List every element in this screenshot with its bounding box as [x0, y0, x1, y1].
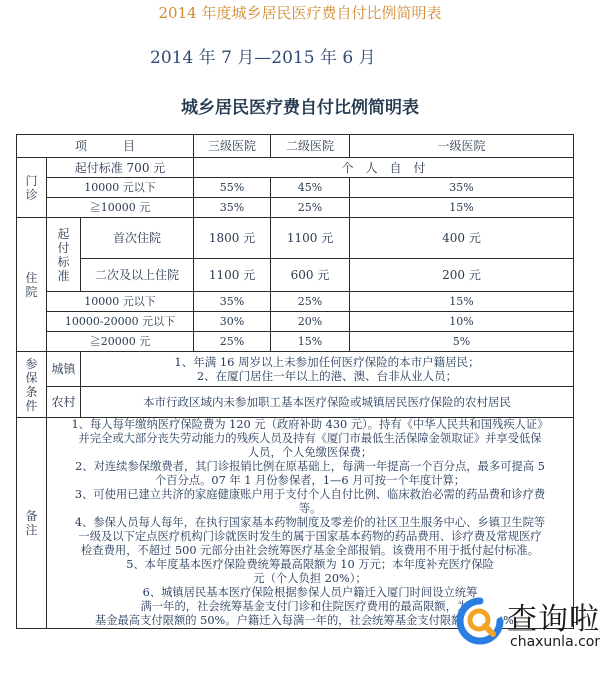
urban-label: 城镇 [47, 352, 81, 387]
urban-condition-line: 1、年满 16 周岁以上未参加任何医疗保险的本市户籍居民； [81, 355, 573, 369]
table-row: ≧20000 元 25% 15% 5% [17, 332, 574, 352]
note-line: 2、对连续参保缴费者，其门诊报销比例在原基础上，每满一年提高一个百分点，最多可提… [47, 460, 573, 474]
table-header-row: 项 目 三级医院 二级医院 一级医院 [17, 135, 574, 158]
watermark-text: 查询啦 [507, 594, 600, 638]
eligibility-urban-row: 参 保 条 件 城镇 1、年满 16 周岁以上未参加任何医疗保险的本市户籍居民；… [17, 352, 574, 387]
notes-char: 注 [17, 523, 46, 537]
eligibility-char: 保 [17, 371, 46, 385]
cell-tier1: 400 元 [350, 218, 574, 259]
row-label: ≧20000 元 [47, 332, 194, 352]
cell-tier3: 1800 元 [194, 218, 271, 259]
row-label: 10000-20000 元以下 [47, 312, 194, 332]
outpatient-deductible-label: 起付标准 700 元 [47, 158, 194, 178]
row-label: 首次住院 [81, 218, 194, 259]
note-line: 检查费用，不超过 500 元部分由社会统筹医疗基金全部报销。该费用不用于抵付起付… [47, 544, 573, 558]
outpatient-deductible-row: 门 诊 起付标准 700 元 个 人 自 付 [17, 158, 574, 178]
eligibility-rural-row: 农村 本市行政区域内未参加职工基本医疗保险或城镇居民医疗保险的农村居民 [17, 387, 574, 418]
inpatient-repeat-admission-row: 二次及以上住院 1100 元 600 元 200 元 [17, 259, 574, 292]
cell-tier2: 25% [271, 292, 350, 312]
deductible-char: 付 [47, 241, 80, 255]
table-row: ≧10000 元 35% 25% 15% [17, 198, 574, 218]
cell-tier3: 25% [194, 332, 271, 352]
eligibility-char: 件 [17, 399, 46, 413]
cell-tier2: 45% [271, 178, 350, 198]
eligibility-char: 参 [17, 357, 46, 371]
cell-tier1: 15% [350, 198, 574, 218]
cell-tier3: 30% [194, 312, 271, 332]
date-range: 2014 年 7 月—2015 年 6 月 [150, 43, 376, 68]
urban-condition-line: 2、在厦门居住一年以上的港、澳、台非从业人员； [81, 369, 573, 383]
eligibility-group-label: 参 保 条 件 [17, 352, 47, 418]
deductible-char: 起 [47, 227, 80, 241]
note-line: 人员，个人免缴医保费； [47, 446, 573, 460]
table-row: 10000 元以下 35% 25% 15% [17, 292, 574, 312]
notes-char: 备 [17, 509, 46, 523]
cell-tier2: 600 元 [271, 259, 350, 292]
eligibility-char: 条 [17, 385, 46, 399]
cell-tier2: 20% [271, 312, 350, 332]
inpatient-group-label: 住 院 [17, 218, 47, 352]
outpatient-char: 诊 [17, 188, 46, 202]
note-line: 元（个人负担 20%）； [47, 572, 573, 586]
cell-tier1: 200 元 [350, 259, 574, 292]
rural-label: 农村 [47, 387, 81, 418]
inpatient-char: 院 [17, 285, 46, 299]
row-label: 10000 元以下 [47, 178, 194, 198]
urban-conditions: 1、年满 16 周岁以上未参加任何医疗保险的本市户籍居民； 2、在厦门居住一年以… [81, 352, 574, 387]
notes-group-label: 备 注 [17, 418, 47, 629]
header-tier1: 一级医院 [350, 135, 574, 158]
note-line: 一级及以下定点医疗机构门诊就医时发生的属于国家基本药物的药品费用、诊疗费及常规医… [47, 530, 573, 544]
row-label: 二次及以上住院 [81, 259, 194, 292]
cell-tier1: 10% [350, 312, 574, 332]
document-top-title: 2014 年度城乡居民医疗费自付比例简明表 [0, 2, 600, 23]
header-tier3: 三级医院 [194, 135, 271, 158]
note-line: 1、每人每年缴纳医疗保险费为 120 元（政府补助 430 元）。持有《中华人民… [47, 418, 573, 432]
outpatient-deductible-value: 个 人 自 付 [194, 158, 574, 178]
watermark: 查询啦 chaxunla.com [455, 594, 600, 654]
cell-tier1: 15% [350, 292, 574, 312]
note-line: 等。 [47, 502, 573, 516]
rural-condition: 本市行政区域内未参加职工基本医疗保险或城镇居民医疗保险的农村居民 [81, 387, 574, 418]
deductible-char: 准 [47, 269, 80, 283]
cell-tier3: 35% [194, 198, 271, 218]
header-tier2: 二级医院 [271, 135, 350, 158]
cell-tier3: 1100 元 [194, 259, 271, 292]
cell-tier2: 25% [271, 198, 350, 218]
note-line: 3、可使用已建立共济的家庭健康账户用于支付个人自付比例、临床救治必需的药品费和诊… [47, 488, 573, 502]
cell-tier3: 35% [194, 292, 271, 312]
row-label: ≧10000 元 [47, 198, 194, 218]
outpatient-char: 门 [17, 174, 46, 188]
cell-tier3: 55% [194, 178, 271, 198]
inpatient-first-admission-row: 住 院 起 付 标 准 首次住院 1800 元 1100 元 400 元 [17, 218, 574, 259]
note-line: 4、参保人员每人每年，在执行国家基本药物制度及零差价的社区卫生服务中心、乡镇卫生… [47, 516, 573, 530]
watermark-url: chaxunla.com [510, 634, 600, 650]
cell-tier2: 1100 元 [271, 218, 350, 259]
deductible-group-label: 起 付 标 准 [47, 218, 81, 292]
outpatient-group-label: 门 诊 [17, 158, 47, 218]
table-title: 城乡居民医疗费自付比例简明表 [0, 93, 600, 118]
note-line: 个百分点。07 年 1 月份参保者，1—6 月可按一个年度计算； [47, 474, 573, 488]
search-logo-icon [455, 596, 505, 646]
deductible-char: 标 [47, 255, 80, 269]
cell-tier1: 35% [350, 178, 574, 198]
inpatient-char: 住 [17, 271, 46, 285]
copay-ratio-table: 项 目 三级医院 二级医院 一级医院 门 诊 起付标准 700 元 个 人 自 … [16, 134, 574, 629]
header-item: 项 目 [17, 135, 194, 158]
row-label: 10000 元以下 [47, 292, 194, 312]
note-line: 5、本年度基本医疗保险费统筹最高限额为 10 万元；本年度补充医疗保险 [47, 558, 573, 572]
note-line: 并完全或大部分丧失劳动能力的残疾人员及持有《厦门市最低生活保障金领取证》并享受低… [47, 432, 573, 446]
table-row: 10000-20000 元以下 30% 20% 10% [17, 312, 574, 332]
cell-tier1: 5% [350, 332, 574, 352]
cell-tier2: 15% [271, 332, 350, 352]
table-row: 10000 元以下 55% 45% 35% [17, 178, 574, 198]
